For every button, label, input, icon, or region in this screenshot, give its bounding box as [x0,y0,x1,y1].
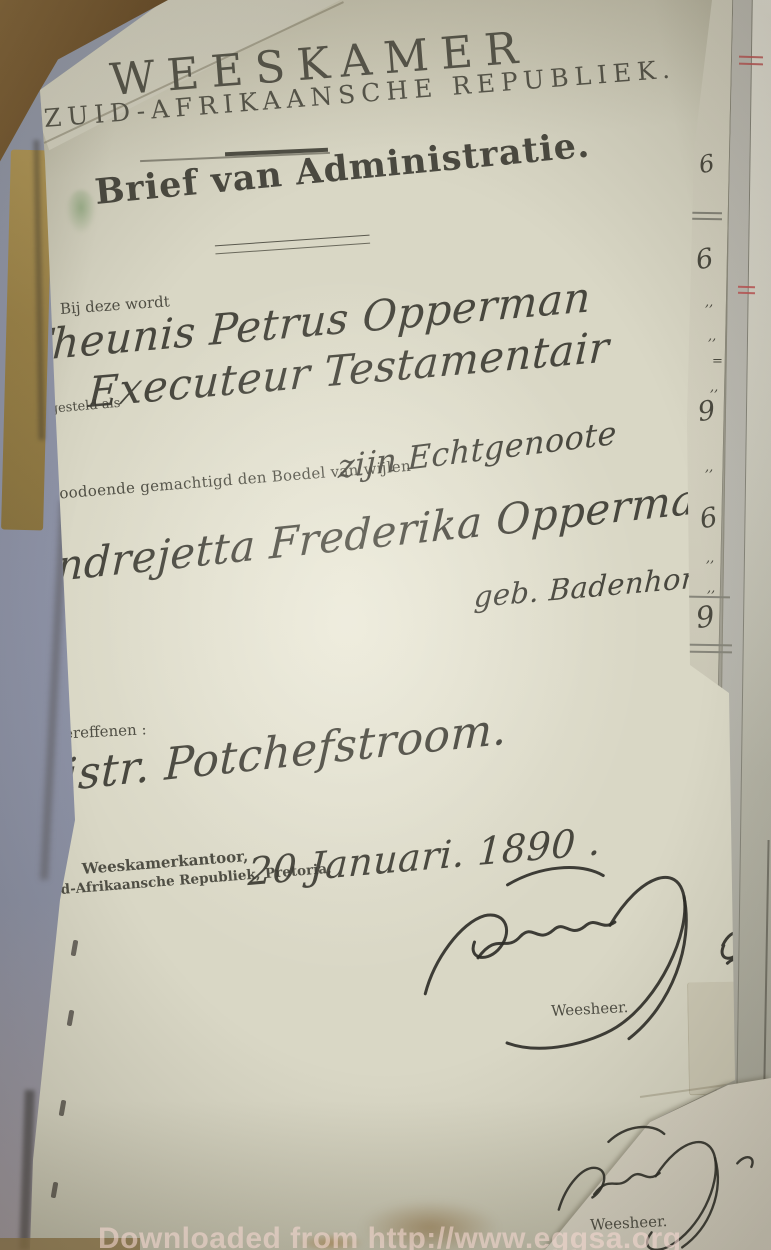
ledger-margin-mark: ,, [705,295,713,310]
green-ink-spot [66,190,96,234]
binding-tape [1,150,53,531]
ledger-margin-mark: ,, [710,380,718,395]
ledger-margin-mark: ,, [706,551,714,566]
archival-photo: ’ 6 6 ,, ,, = ,, 9 ,, 6 ,, ,, 9 WEESKAME… [0,0,771,1250]
ledger-margin-mark: ,, [705,460,713,475]
document-page: WEESKAMER ZUID-AFRIKAANSCHE REPUBLIEK. B… [0,0,771,1250]
ledger-margin-mark: ,, [707,581,715,596]
ledger-margin-mark: = [712,354,723,369]
ledger-margin-mark: ,, [708,329,716,344]
document-title: Brief van Administratie. [93,124,592,212]
title-underline [215,235,370,255]
relation-handwriting: zijn Echtgenoote [338,414,617,487]
district-handwriting: Distr. Potchefstroom. [27,703,508,805]
paper-stain-patch [687,982,738,1096]
watermark-text: Downloaded from http://www.eggsa.org [98,1222,682,1250]
